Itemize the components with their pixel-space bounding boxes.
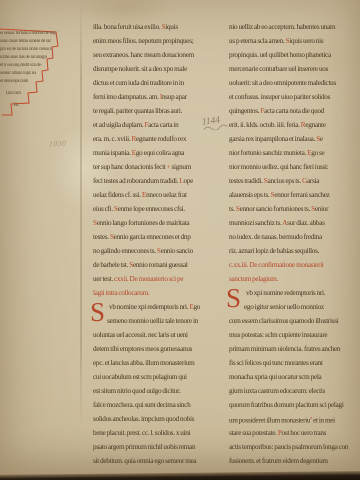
manuscript-text-line: vb nomine xpi redemptoris nri. Ego bbox=[109, 303, 219, 316]
manuscript-text-line: era. m. c. xviii. Regnante rodulfo rex bbox=[93, 135, 219, 148]
manuscript-text-line: illa. bona feruit uisa exilio. Siquis bbox=[93, 23, 219, 36]
ink-text: et in mei bbox=[312, 416, 335, 424]
manuscript-text-line: gium iuxta castrum edocarum: electis bbox=[229, 387, 356, 400]
manuscript-text-line: quorum fratribus domum placitum sci pela… bbox=[229, 401, 356, 414]
ink-text: monacha xpria qui uocatur scm pela bbox=[229, 373, 321, 381]
ink-text: egnante rodulfo rex bbox=[136, 135, 186, 143]
manuscript-text-line: dictus et cum iuda dni traditore in in bbox=[93, 79, 219, 92]
ink-text: nior monnio uellez. qui hanc fieri iussi… bbox=[229, 163, 328, 171]
manuscript-text-line: propinquis. uel quilibet homo phanetica bbox=[229, 51, 356, 64]
rubric-text: sanctum pelagium. bbox=[229, 275, 278, 283]
ink-text: garsia rex inpampilona et inalaua. bbox=[229, 135, 316, 143]
text-column-right: nio uelliz ab eo acceptum. habentes unam… bbox=[229, 0, 356, 480]
manuscript-text-line: erit. ii. klds. octob. iiii. feria. Regn… bbox=[229, 121, 356, 134]
manuscript-text-line: seu extraneos. hanc meam donacionem bbox=[93, 51, 219, 64]
illuminated-initial-right: S bbox=[226, 285, 241, 312]
ink-text: fis sci felices qui tunc morantes erant bbox=[229, 359, 323, 367]
ink-text: quingentos. bbox=[229, 107, 260, 115]
ink-text: semeno monnio uelliz tale tenore in bbox=[107, 317, 198, 325]
gloss-line: suas casas terras uineas de lac bbox=[0, 39, 56, 47]
ink-text: um possideret illum monasteriu bbox=[229, 416, 310, 424]
manuscript-text-line: monacha xpria qui uocatur scm pela bbox=[229, 373, 356, 386]
ink-text: ter sup hanc donacionis fecit bbox=[93, 163, 167, 171]
ink-text: enme lope ennecones cfsi. bbox=[118, 205, 185, 213]
manuscript-text-line: cui uocabulum est scm pelagium qui bbox=[93, 373, 219, 386]
manuscript-text-line: munniozi sanchiz ts. Asur diaz. abbas bbox=[229, 219, 356, 232]
ink-text: no galindo ennecones ts. bbox=[93, 247, 157, 255]
ink-text: signum bbox=[170, 163, 191, 171]
manuscript-text-line: psato argem primum nichil uobis reman bbox=[93, 443, 219, 456]
ink-text: ferni imo dampnatus. am. bbox=[93, 93, 160, 101]
ink-text: e bbox=[320, 135, 323, 143]
ink-text: ego igitur senior uello monnioz bbox=[244, 303, 324, 311]
photo-bottom-edge bbox=[0, 471, 360, 480]
ink-text: go bbox=[193, 303, 200, 311]
manuscript-text-line: solidos ancheolas. impcium quod nobis bbox=[93, 415, 219, 428]
gloss-line: uillas suas has de lacunagos bbox=[0, 55, 47, 63]
ink-text: alauensis eps ts. bbox=[229, 191, 271, 199]
manuscript-text-line: uer test. cxxii. De monasterio sci pe bbox=[93, 275, 219, 288]
manuscript-text-line: stare sua potestate. Post hoc uero trans bbox=[229, 429, 356, 442]
manuscript-text-line: nior monnio uellez. qui hanc fieri iussi… bbox=[229, 163, 356, 176]
ink-text: stare sua potestate. bbox=[229, 429, 278, 437]
manuscript-text-line: testes tradidi. Sancius eps ts. Garsia bbox=[229, 177, 356, 190]
manuscript-text-line: falce mozchera. qui sunt decima sinch bbox=[93, 401, 219, 414]
manuscript-text-line: te regali. pariter quantas libras auri. bbox=[93, 107, 219, 120]
ink-text: fusionem. et fratrum eidem degentium bbox=[229, 457, 328, 465]
ink-text: solidos ancheolas. impcium quod nobis bbox=[93, 415, 194, 423]
ink-text: falce mozchera. qui sunt decima sinch bbox=[93, 401, 190, 409]
gloss-line: et deinceps nullos ea. q. bbox=[0, 79, 28, 87]
gloss-line: et in ea usq dedit sca de seg bbox=[0, 63, 42, 71]
manuscript-text-line: detem tibi emptores meos gomessanus bbox=[93, 345, 219, 358]
ink-text: arsia bbox=[307, 177, 319, 185]
ink-text: us p eterna scla amen. bbox=[229, 37, 286, 45]
ink-text: ennio garcia ennecones et dnp bbox=[114, 233, 191, 241]
manuscript-text-line: enim meos filios. nepotum propinques; bbox=[93, 37, 219, 50]
ink-text: ennio lango fortuniones de mairitata bbox=[97, 219, 190, 227]
ink-text: ost hoc uero trans bbox=[282, 429, 327, 437]
ink-text: iquis bbox=[165, 23, 178, 31]
manuscript-text-line: est situm nitrio quod uulgo dicitur. bbox=[93, 387, 219, 400]
ink-text: est situm nitrio quod uulgo dicitur. bbox=[93, 387, 180, 395]
manuscript-text-line: us p eterna scla amen. Siquis uero nis bbox=[229, 37, 356, 50]
manuscript-text-line: eius cfi. Senme lope ennecones cfsi. bbox=[93, 205, 219, 218]
ink-text: te regali. pariter quantas libras auri. bbox=[93, 107, 182, 115]
ink-text: mercenarie conturbare uel inserere uos bbox=[229, 65, 328, 73]
manuscript-text-line: uoluerit: sit a deo omnipotente maledict… bbox=[229, 79, 356, 92]
manuscript-text-line: cum essem clarissimus quamodo illustriss… bbox=[229, 317, 356, 330]
ink-text: nio uelliz ab eo acceptum. habentes unam bbox=[229, 23, 335, 31]
text-column-left: illa. bona feruit uisa exilio. Siquiseni… bbox=[93, 0, 219, 480]
ink-text: munniozi sanchiz ts. bbox=[229, 219, 282, 227]
ink-text: ope bbox=[184, 177, 194, 185]
manuscript-text-line: fusionem. et fratrum eidem degentium bbox=[229, 457, 356, 470]
manuscript-text-line: garsia rex inpampilona et inalaua. Se bbox=[229, 135, 356, 148]
gloss-line: ei senior fortunio ordonis de seg bbox=[0, 31, 58, 39]
manuscript-text-line: nio uelliz ab eo acceptum. habentes unam bbox=[229, 23, 356, 36]
ink-text: egnante bbox=[305, 121, 325, 129]
manuscript-text-line: ts. Sennor sancio fortuniones ts. Senior bbox=[229, 205, 356, 218]
manuscript-text-line: lagii intra collocarum. bbox=[93, 289, 219, 302]
ink-text: sur diaz. abbas bbox=[287, 219, 325, 227]
ink-text: psato argem primum nichil uobis reman bbox=[93, 443, 195, 451]
manuscript-text-line: disrumpe noluerit. sit a deo xpo male bbox=[93, 65, 219, 78]
manuscript-text-line: munia ispania. Ego equi colira agna bbox=[93, 149, 219, 162]
manuscript-text-line: de barbele tst. Sennio romani guessal bbox=[93, 261, 219, 274]
ink-text: et ad uigila duplam. bbox=[93, 121, 144, 129]
ink-text: propinquis. uel quilibet homo phanetica bbox=[229, 51, 331, 59]
manuscript-text-line: uelaz fidens cf. ssi. Enneco uelaz frat bbox=[93, 191, 219, 204]
ink-text: ancius eps ts. bbox=[268, 177, 303, 185]
ink-text: riz. aznari lopiz de bahias sequillos. bbox=[229, 247, 319, 255]
ink-text: ts. bbox=[229, 205, 236, 213]
manuscript-text-line: Sennio lango fortuniones de mairitata bbox=[93, 219, 219, 232]
ink-text: de barbele tst. bbox=[93, 261, 129, 269]
ink-text: bene placuit. prest. cc. l. solidos. x u… bbox=[93, 429, 190, 437]
ink-text: go se bbox=[311, 149, 324, 157]
ink-text: testes tradidi. bbox=[229, 177, 264, 185]
rubric-text: c.xx.iii. De confirmatione monasterii bbox=[229, 261, 324, 269]
ink-text: eius cfi. bbox=[93, 205, 114, 213]
ink-text: enior bbox=[315, 205, 328, 213]
ink-text: enim meos filios. nepotum propinques; bbox=[93, 37, 193, 45]
ink-text: disrumpe noluerit. sit a deo xpo male bbox=[93, 65, 187, 73]
ink-text: sit debitum. quia omnia ego semeor mea bbox=[93, 457, 196, 465]
manuscript-text-line: sit debitum. quia omnia ego semeor mea bbox=[93, 457, 219, 470]
pencil-year-annotation-left: 1030 bbox=[49, 139, 67, 149]
ink-text: gium iuxta castrum edocarum: electis bbox=[229, 387, 325, 395]
gloss-line: senior albaro lopz suo sen bbox=[0, 71, 36, 79]
manuscript-text-line: mus potestas: sclm cupiente instaurare bbox=[229, 331, 356, 344]
manuscript-text-line: c.xx.iii. De confirmatione monasterii bbox=[229, 261, 356, 274]
manuscript-text-line: sanctum pelagium. bbox=[229, 275, 356, 288]
ink-text: cui uocabulum est scm pelagium qui bbox=[93, 373, 187, 381]
gloss-tail-abbrev: ib. bbox=[14, 102, 19, 108]
manuscript-text-line: feci testes ad roborandum tradidi. Lope bbox=[93, 177, 219, 190]
ink-text: ennio romani guessal bbox=[133, 261, 188, 269]
manuscript-text-line: et confusus. insuper uiuo pariter solido… bbox=[229, 93, 356, 106]
manuscript-text-line: bene placuit. prest. cc. l. solidos. x u… bbox=[93, 429, 219, 442]
manuscript-text-line: fis sci felices qui tunc morantes erant bbox=[229, 359, 356, 372]
ink-text: ennor ferrani sanchez bbox=[274, 191, 329, 199]
ink-text: feci testes ad roborandum tradidi. bbox=[93, 177, 179, 185]
ink-text: nsup apar bbox=[162, 93, 187, 101]
ink-text: quorum fratribus domum placitum sci pela… bbox=[229, 401, 344, 409]
manuscript-text-line: nior fortunio sanchiz munieta. Ego se bbox=[229, 149, 356, 162]
manuscript-text-line: epc. et lancius abba. illum monasterium bbox=[93, 359, 219, 372]
ink-text: seu extraneos. hanc meam donacionem bbox=[93, 51, 194, 59]
manuscript-text-line: um possideret illum monasteriua et in me… bbox=[229, 415, 356, 428]
ink-text: era. m. c. xviii. bbox=[93, 135, 131, 143]
manuscript-text-line: semeno monnio uelliz tale tenore in bbox=[107, 317, 219, 330]
ink-text: illa. bona feruit uisa exilio. bbox=[93, 23, 162, 31]
ink-text: dictus et cum iuda dni traditore in in bbox=[93, 79, 184, 87]
ink-text: ennor sancio fortuniones ts. bbox=[240, 205, 312, 213]
manuscript-text-line: vb xpi nomine redemptoris nri. bbox=[246, 289, 356, 302]
marginal-gloss: ei senior fortunio ordonis de segsuas ca… bbox=[0, 26, 67, 118]
manuscript-text-line: riz. aznari lopiz de bahias sequillos. bbox=[229, 247, 356, 260]
ink-text: testes. bbox=[93, 233, 110, 241]
manuscript-text-line: et ad uigila duplam. Facta carta in bbox=[93, 121, 219, 134]
gloss-tail-word: laccum bbox=[6, 90, 21, 96]
ink-text: iquis uero nis bbox=[289, 37, 323, 45]
ink-text: acta carta nota die quod bbox=[264, 107, 324, 115]
manuscript-text-line: ter sup hanc donacionis fecit + signum bbox=[93, 163, 219, 176]
ink-text: cum essem clarissimus quamodo illustriss… bbox=[229, 317, 339, 325]
ink-text: go equi colira agna bbox=[136, 149, 184, 157]
manuscript-text-line: no galindo ennecones ts. Sennio sancio bbox=[93, 247, 219, 260]
rubric-text: cxxii. De monasterio sci pe bbox=[114, 275, 183, 283]
ink-text: uer test. bbox=[93, 275, 114, 283]
manuscript-text-line: uoluntas uel accessit. nec laris ut ueni bbox=[93, 331, 219, 344]
ink-text: actis temporibus: paucis psalmorum longa… bbox=[229, 443, 348, 451]
ink-text: no iudex. de nauas. bermudo fredina bbox=[229, 233, 322, 241]
gloss-line: pro ea de lacuna dolio censu or bbox=[0, 47, 52, 55]
ink-text: detem tibi emptores meos gomessanus bbox=[93, 345, 192, 353]
ink-text: acta carta in bbox=[148, 121, 178, 129]
ink-text: erit. ii. klds. octob. iiii. feria. bbox=[229, 121, 301, 129]
manuscript-text-line: ego igitur senior uello monnioz bbox=[244, 303, 356, 316]
manuscript-text-line: quingentos. Facta carta nota die quod bbox=[229, 107, 356, 120]
ink-text: uelaz fidens cf. ssi. bbox=[93, 191, 142, 199]
ink-text: nneco uelaz frat bbox=[146, 191, 187, 199]
manuscript-text-line: no iudex. de nauas. bermudo fredina bbox=[229, 233, 356, 246]
ink-text: primam minimam uiolencia. fratres anchen bbox=[229, 345, 340, 353]
manuscript-text-line: alauensis eps ts. Sennor ferrani sanchez bbox=[229, 191, 356, 204]
ink-text: vb xpi nomine redemptoris nri. bbox=[246, 289, 325, 297]
ink-text: epc. et lancius abba. illum monasterium bbox=[93, 359, 194, 367]
manuscript-text-line: actis temporibus: paucis psalmorum longa… bbox=[229, 443, 356, 456]
ink-text: mus potestas: sclm cupiente instaurare bbox=[229, 331, 327, 339]
manuscript-page: ei senior fortunio ordonis de segsuas ca… bbox=[0, 0, 360, 480]
manuscript-text-line: mercenarie conturbare uel inserere uos bbox=[229, 65, 356, 78]
ink-text: munia ispania. bbox=[93, 149, 132, 157]
illuminated-initial-left: S bbox=[90, 299, 105, 326]
page-crease-line bbox=[80, 0, 82, 430]
ink-text: vb nomine xpi redemptoris nri. bbox=[109, 303, 189, 311]
ink-text: ennio sancio bbox=[161, 247, 193, 255]
ink-text: nior fortunio sanchiz munieta. bbox=[229, 149, 307, 157]
rubric-text: lagii intra collocarum. bbox=[93, 289, 149, 297]
manuscript-text-line: primam minimam uiolencia. fratres anchen bbox=[229, 345, 356, 358]
ink-text: uoluerit: sit a deo omnipotente maledict… bbox=[229, 79, 336, 87]
ink-text: et confusus. insuper uiuo pariter solido… bbox=[229, 93, 330, 101]
manuscript-text-line: ferni imo dampnatus. am. Insup apar bbox=[93, 93, 219, 106]
manuscript-text-line: testes. Sennio garcia ennecones et dnp bbox=[93, 233, 219, 246]
ink-text: uoluntas uel accessit. nec laris ut ueni bbox=[93, 331, 188, 339]
